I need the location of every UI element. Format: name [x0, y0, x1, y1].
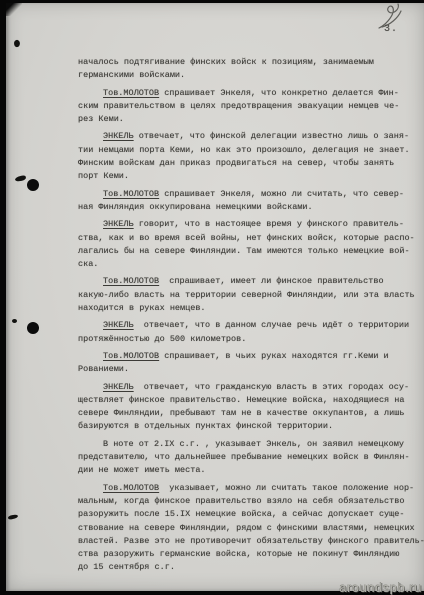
punch-hole-top	[27, 179, 39, 191]
scan-edge-left	[0, 0, 6, 595]
ink-speck	[13, 39, 21, 48]
paragraph: ЭНКЕЛЬ отвечает, что в данном случае реч…	[78, 319, 424, 346]
ink-speck	[8, 514, 19, 520]
speaker-name: Тов.МОЛОТОВ	[103, 88, 159, 98]
paper-corner-shadow	[6, 2, 22, 16]
paragraph: Тов.МОЛОТОВ спрашивает, в чьих руках нах…	[78, 350, 424, 377]
speaker-name: ЭНКЕЛЬ	[103, 320, 134, 330]
speaker-name: Тов.МОЛОТОВ	[103, 351, 159, 361]
ink-speck	[12, 319, 17, 323]
speaker-name: ЭНКЕЛЬ	[103, 382, 134, 392]
paragraph: ЭНКЕЛЬ отвечает, что гражданскую власть …	[78, 381, 424, 434]
scan-edge-top	[0, 0, 424, 3]
paragraph: ЭНКЕЛЬ отвечает, что финской делегации и…	[78, 130, 424, 183]
paragraph: началось подтягивание финских войск к по…	[78, 56, 424, 83]
paragraph: ЭНКЕЛЬ говорит, что в настоящее время у …	[78, 218, 424, 271]
paragraph: Тов.МОЛОТОВ спрашивает, имеет ли финское…	[78, 275, 424, 315]
speaker-name: Тов.МОЛОТОВ	[103, 483, 159, 493]
page-number: 3.	[384, 24, 398, 35]
watermark: aroundspb.ru	[339, 580, 422, 595]
speaker-name: ЭНКЕЛЬ	[103, 131, 134, 141]
ink-speck	[15, 175, 27, 182]
paper-sheet: 3. началось подтягивание финских войск к…	[6, 2, 424, 591]
paragraph: Тов.МОЛОТОВ спрашивает Энкеля, что конкр…	[78, 87, 424, 127]
document-text: началось подтягивание финских войск к по…	[78, 56, 424, 575]
scanned-page: 3. началось подтягивание финских войск к…	[0, 0, 424, 595]
paragraph: В ноте от 2.IX с.г. , указывает Энкель, …	[78, 438, 424, 478]
speaker-name: ЭНКЕЛЬ	[103, 219, 134, 229]
punch-hole-bottom	[27, 322, 39, 334]
paragraph: Тов.МОЛОТОВ спрашивает Энкеля, можно ли …	[78, 188, 424, 215]
speaker-name: Тов.МОЛОТОВ	[103, 276, 159, 286]
speaker-name: Тов.МОЛОТОВ	[103, 189, 159, 199]
paragraph: Тов.МОЛОТОВ указывает, можно ли считать …	[78, 482, 424, 575]
